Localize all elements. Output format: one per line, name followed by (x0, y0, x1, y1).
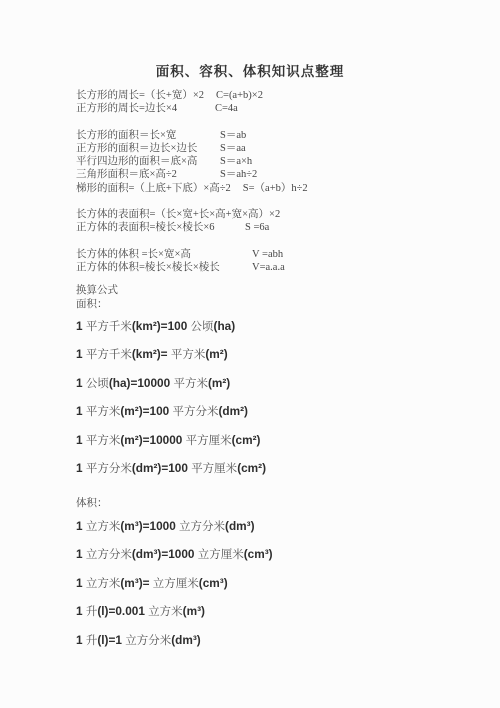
volume-conversion-list: 1 立方米(m³)=1000 立方分米(dm³) 1 立方分米(dm³)=100… (76, 519, 470, 648)
formula-description: 正方体的体积=棱长×棱长×棱长 (76, 261, 240, 274)
area-conversions-label: 面积： (76, 298, 470, 311)
document-page: 面积、容积、体积知识点整理 长方形的周长=（长+宽）×2C=(a+b)×2 正方… (0, 0, 500, 708)
page-title: 面积、容积、体积知识点整理 (0, 60, 500, 80)
volume-conversions-label: 体积： (76, 497, 470, 510)
formula-notation: S＝aa (220, 143, 246, 154)
formula-line: 正方体的体积=棱长×棱长×棱长V=a.a.a (76, 261, 470, 274)
conversion-line: 1 立方米(m³)= 立方厘米(cm³) (76, 576, 470, 591)
formula-description: 正方体的表面积=棱长×棱长×6 (76, 221, 233, 234)
formula-description: 梯形的面积=（上底+下底）×高÷2 (76, 182, 231, 195)
formula-description: 长方体的体积 =长×宽×高 (76, 248, 240, 261)
formula-line: 正方体的表面积=棱长×棱长×6S =6a (76, 221, 470, 234)
conversion-line: 1 立方分米(dm³)=1000 立方厘米(cm³) (76, 547, 470, 562)
formula-line: 正方形的面积＝边长×边长S＝aa (76, 142, 470, 155)
conversion-line: 1 立方米(m³)=1000 立方分米(dm³) (76, 519, 470, 534)
formula-line: 长方体的表面积=（长×宽+长×高+宽×高）×2 (76, 208, 470, 221)
conversion-line: 1 平方米(m²)=10000 平方厘米(cm²) (76, 433, 470, 448)
formula-notation: C=(a+b)×2 (216, 90, 263, 101)
document-body: 长方形的周长=（长+宽）×2C=(a+b)×2 正方形的周长=边长×4C=4a … (76, 89, 470, 648)
formula-description: 长方形的面积＝长×宽 (76, 129, 208, 142)
formula-line: 长方体的体积 =长×宽×高V =abh (76, 248, 470, 261)
area-conversion-list: 1 平方千米(km²)=100 公顷(ha) 1 平方千米(km²)= 平方米(… (76, 319, 470, 477)
formula-notation: S =6a (245, 222, 269, 233)
formula-line: 长方形的周长=（长+宽）×2C=(a+b)×2 (76, 89, 470, 102)
formula-description: 长方体的表面积=（长×宽+长×高+宽×高）×2 (76, 208, 280, 221)
formula-notation: S＝a×h (220, 156, 252, 167)
area-formula-group: 长方形的面积＝长×宽S＝ab 正方形的面积＝边长×边长S＝aa 平行四边形的面积… (76, 129, 470, 195)
conversion-section-heading: 换算公式 (76, 284, 470, 297)
formula-notation: S=（a+b）h÷2 (243, 183, 308, 194)
conversion-line: 1 平方米(m²)=100 平方分米(dm²) (76, 404, 470, 419)
formula-description: 正方形的周长=边长×4 (76, 102, 203, 115)
conversion-line: 1 平方千米(km²)= 平方米(m²) (76, 347, 470, 362)
formula-line: 梯形的面积=（上底+下底）×高÷2S=（a+b）h÷2 (76, 182, 470, 195)
formula-line: 三角形面积＝底×高÷2S＝ah÷2 (76, 168, 470, 181)
formula-notation: V =abh (252, 249, 283, 260)
formula-description: 三角形面积＝底×高÷2 (76, 168, 208, 181)
perimeter-formula-group: 长方形的周长=（长+宽）×2C=(a+b)×2 正方形的周长=边长×4C=4a (76, 89, 470, 116)
formula-notation: S＝ah÷2 (220, 169, 257, 180)
formula-line: 平行四边形的面积＝底×高S＝a×h (76, 155, 470, 168)
formula-description: 长方形的周长=（长+宽）×2 (76, 89, 204, 102)
formula-notation: C=4a (215, 103, 238, 114)
formula-description: 平行四边形的面积＝底×高 (76, 155, 208, 168)
conversion-line: 1 平方分米(dm²)=100 平方厘米(cm²) (76, 461, 470, 476)
conversion-line: 1 升(l)=0.001 立方米(m³) (76, 604, 470, 619)
volume-formula-group: 长方体的体积 =长×宽×高V =abh 正方体的体积=棱长×棱长×棱长V=a.a… (76, 248, 470, 275)
conversion-line: 1 公顷(ha)=10000 平方米(m²) (76, 376, 470, 391)
conversion-line: 1 升(l)=1 立方分米(dm³) (76, 633, 470, 648)
formula-line: 正方形的周长=边长×4C=4a (76, 102, 470, 115)
conversion-line: 1 平方千米(km²)=100 公顷(ha) (76, 319, 470, 334)
formula-notation: V=a.a.a (252, 262, 285, 273)
formula-notation: S＝ab (220, 130, 246, 141)
formula-line: 长方形的面积＝长×宽S＝ab (76, 129, 470, 142)
surface-area-formula-group: 长方体的表面积=（长×宽+长×高+宽×高）×2 正方体的表面积=棱长×棱长×6S… (76, 208, 470, 235)
formula-description: 正方形的面积＝边长×边长 (76, 142, 208, 155)
